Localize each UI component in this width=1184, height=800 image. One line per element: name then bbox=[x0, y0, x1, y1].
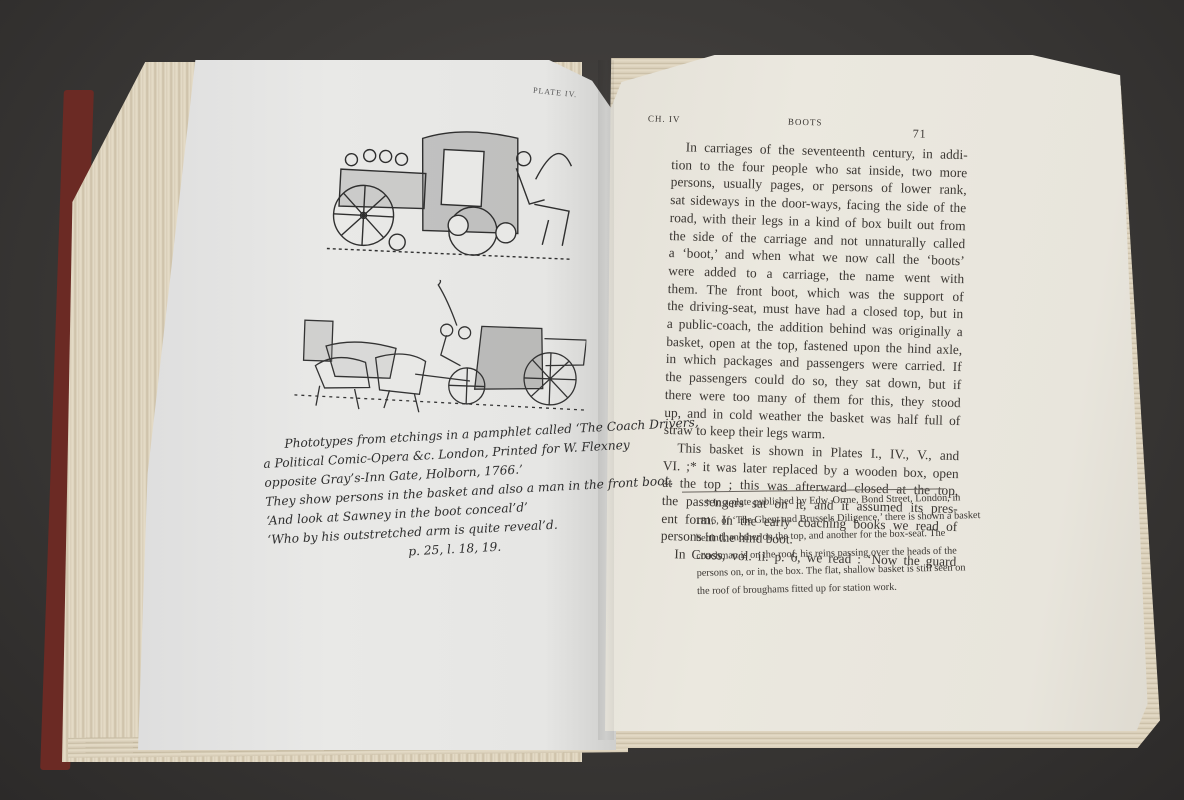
open-book: PLATE IV. bbox=[0, 0, 1184, 800]
book-gutter bbox=[598, 60, 614, 740]
coach-illustration-bottom bbox=[294, 275, 589, 425]
chapter-label: CH. IV bbox=[648, 113, 681, 124]
running-title: BOOTS bbox=[788, 117, 823, 128]
footnote: * In a plate published by Edw. Orme, Bon… bbox=[695, 489, 993, 601]
carriage-illustration-top bbox=[327, 114, 579, 267]
page-number: 71 bbox=[912, 126, 926, 141]
plate-caption: Phototypes from etchings in a pamphlet c… bbox=[262, 418, 608, 569]
